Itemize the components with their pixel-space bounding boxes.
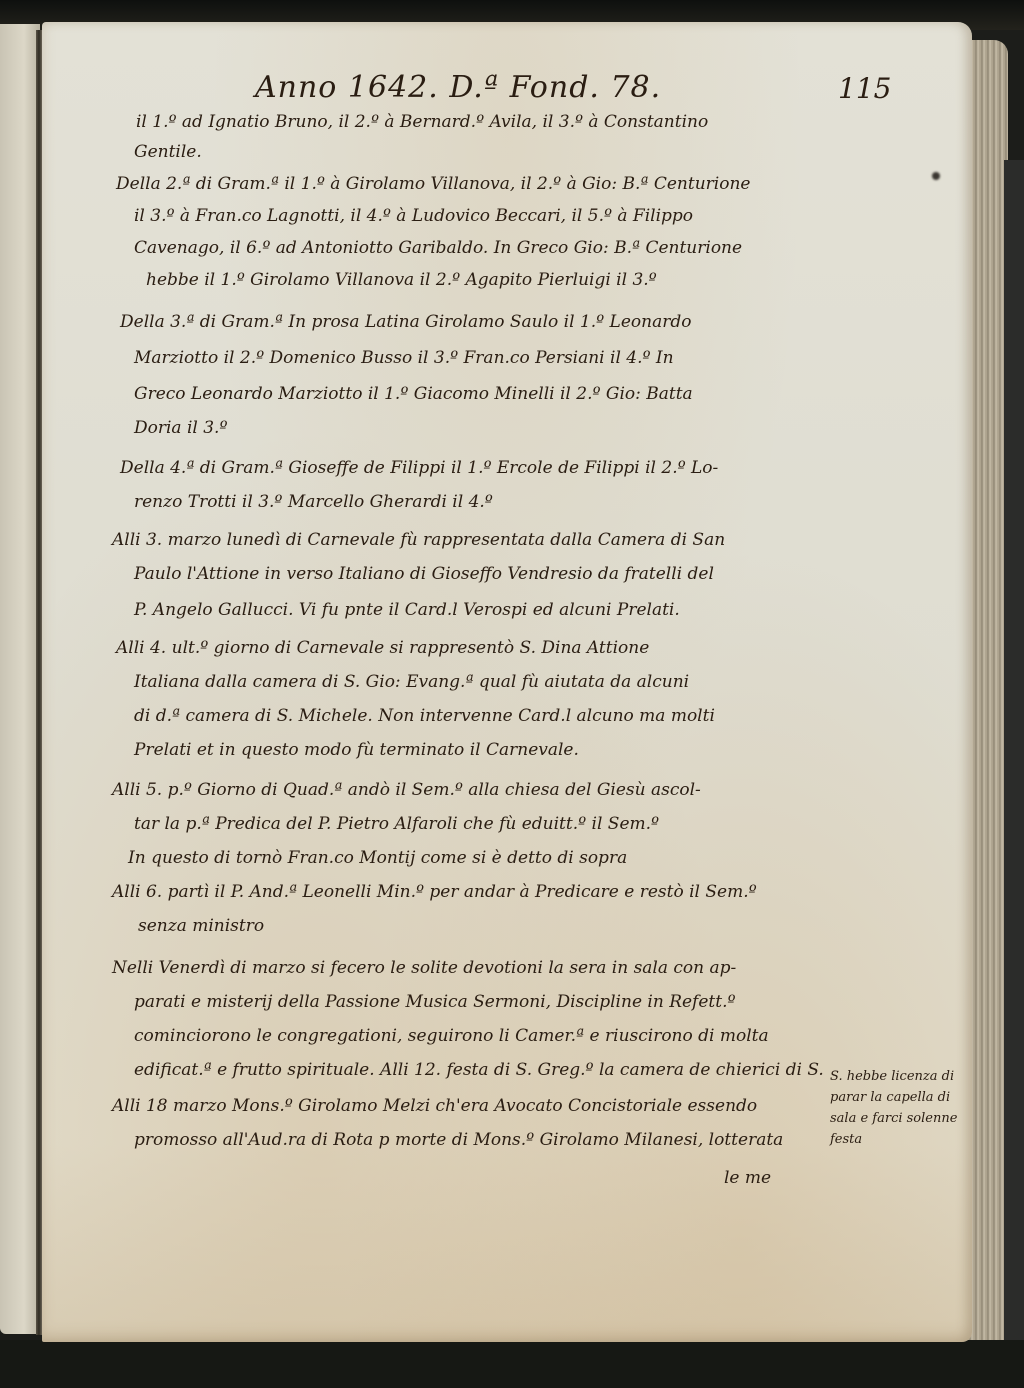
manuscript-line: parati e misterij della Passione Musica … <box>134 992 735 1012</box>
manuscript-line: Paulo l'Attione in verso Italiano di Gio… <box>134 564 714 584</box>
manuscript-line: di d.ª camera di S. Michele. Non interve… <box>134 706 715 726</box>
manuscript-line: Cavenago, il 6.º ad Antoniotto Garibaldo… <box>134 238 742 258</box>
manuscript-line: promosso all'Aud.ra di Rota p morte di M… <box>134 1130 783 1150</box>
manuscript-line: Greco Leonardo Marziotto il 1.º Giacomo … <box>134 384 693 404</box>
marginal-note-line: parar la capella di <box>830 1087 970 1108</box>
manuscript-line: edificat.ª e frutto spirituale. Alli 12.… <box>134 1060 824 1080</box>
ink-spot <box>932 172 940 180</box>
manuscript-line: Alli 3. marzo lunedì di Carnevale fù rap… <box>112 530 725 550</box>
page-header: Anno 1642. D.ª Fond. 78. <box>255 70 661 105</box>
manuscript-line: Nelli Venerdì di marzo si fecero le soli… <box>112 958 736 978</box>
manuscript-line: Alli 18 marzo Mons.º Girolamo Melzi ch'e… <box>112 1096 757 1116</box>
manuscript-line: Marziotto il 2.º Domenico Busso il 3.º F… <box>134 348 674 368</box>
marginal-note-line: sala e farci solenne <box>830 1108 970 1129</box>
background-bottom <box>0 1340 1024 1388</box>
manuscript-line: Doria il 3.º <box>134 418 227 438</box>
manuscript-line: renzo Trotti il 3.º Marcello Gherardi il… <box>134 492 493 512</box>
background-right <box>1004 160 1024 1340</box>
manuscript-line: Italiana dalla camera di S. Gio: Evang.ª… <box>134 672 689 692</box>
manuscript-line: tar la p.ª Predica del P. Pietro Alfarol… <box>134 814 659 834</box>
manuscript-line: P. Angelo Gallucci. Vi fu pnte il Card.l… <box>134 600 680 620</box>
manuscript-line: Della 3.ª di Gram.ª In prosa Latina Giro… <box>120 312 691 332</box>
manuscript-line: Alli 6. partì il P. And.ª Leonelli Min.º… <box>112 882 757 902</box>
manuscript-line: le me <box>724 1168 771 1188</box>
manuscript-line: Alli 5. p.º Giorno di Quad.ª andò il Sem… <box>112 780 701 800</box>
manuscript-line: senza ministro <box>138 916 264 936</box>
marginal-note-line: S. hebbe licenza di <box>830 1066 970 1087</box>
manuscript-line: Della 4.ª di Gram.ª Gioseffe de Filippi … <box>120 458 718 478</box>
manuscript-line: hebbe il 1.º Girolamo Villanova il 2.º A… <box>146 270 657 290</box>
page-stack-edge <box>968 40 1008 1345</box>
marginal-note-line: festa <box>830 1129 970 1150</box>
manuscript-line: Alli 4. ult.º giorno di Carnevale si rap… <box>116 638 649 658</box>
manuscript-line: Gentile. <box>134 142 202 162</box>
manuscript-line: In questo di tornò Fran.co Montij come s… <box>128 848 627 868</box>
manuscript-line: il 3.º à Fran.co Lagnotti, il 4.º à Ludo… <box>134 206 693 226</box>
marginal-note: S. hebbe licenza diparar la capella disa… <box>830 1066 970 1150</box>
manuscript-line: il 1.º ad Ignatio Bruno, il 2.º à Bernar… <box>136 112 708 132</box>
folio-number: 115 <box>838 72 891 105</box>
manuscript-line: Prelati et in questo modo fù terminato i… <box>134 740 579 760</box>
manuscript-line: cominciorono le congregationi, seguirono… <box>134 1026 769 1046</box>
facing-page-left <box>0 24 40 1334</box>
manuscript-line: Della 2.ª di Gram.ª il 1.º à Girolamo Vi… <box>116 174 750 194</box>
